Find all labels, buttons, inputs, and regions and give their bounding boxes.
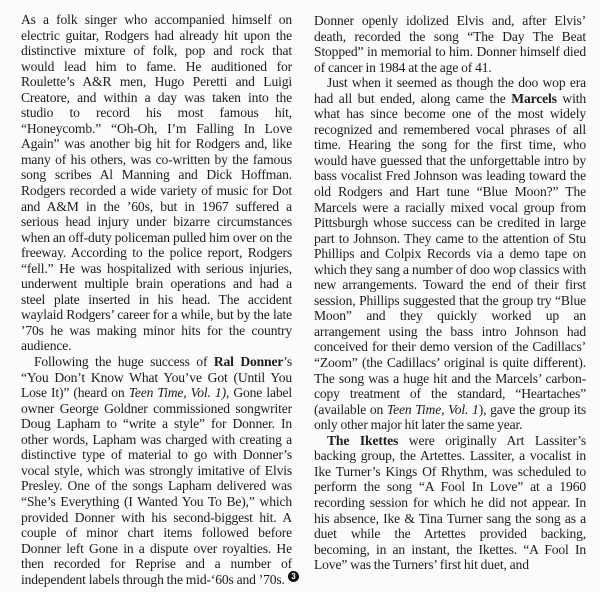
album-title: Teen Time, Vol. 1	[387, 402, 479, 417]
body-text: Donner openly idolized Elvis and, after …	[314, 13, 586, 75]
paragraph-p3: Donner openly idolized Elvis and, after …	[314, 13, 586, 75]
artist-name: The Ikettes	[327, 433, 398, 448]
body-text: , Gone label owner George Goldner commis…	[21, 385, 292, 587]
body-text: Following the huge success of	[34, 354, 214, 369]
paragraph-p5: The Ikettes were originally Art Lassiter…	[314, 433, 586, 573]
body-text: were originally Art Lassiter’s backing g…	[314, 433, 586, 572]
artist-name: Ral Donner	[214, 354, 283, 369]
paragraph-p4: Just when it seemed as though the doo wo…	[314, 75, 586, 433]
right-column: Donner openly idolized Elvis and, after …	[314, 13, 586, 573]
album-title: Teen Time, Vol. 1)	[129, 385, 226, 400]
page-number-badge: 3	[288, 571, 299, 582]
artist-name: Marcels	[511, 91, 557, 106]
body-text: As a folk singer who accompanied himself…	[21, 12, 292, 353]
paragraph-p1: As a folk singer who accompanied himself…	[21, 12, 292, 354]
body-text: with what has since become one of the mo…	[314, 91, 586, 417]
paragraph-p2: Following the huge success of Ral Donner…	[21, 354, 292, 587]
document-page: As a folk singer who accompanied himself…	[0, 0, 600, 592]
left-column: As a folk singer who accompanied himself…	[21, 12, 292, 587]
